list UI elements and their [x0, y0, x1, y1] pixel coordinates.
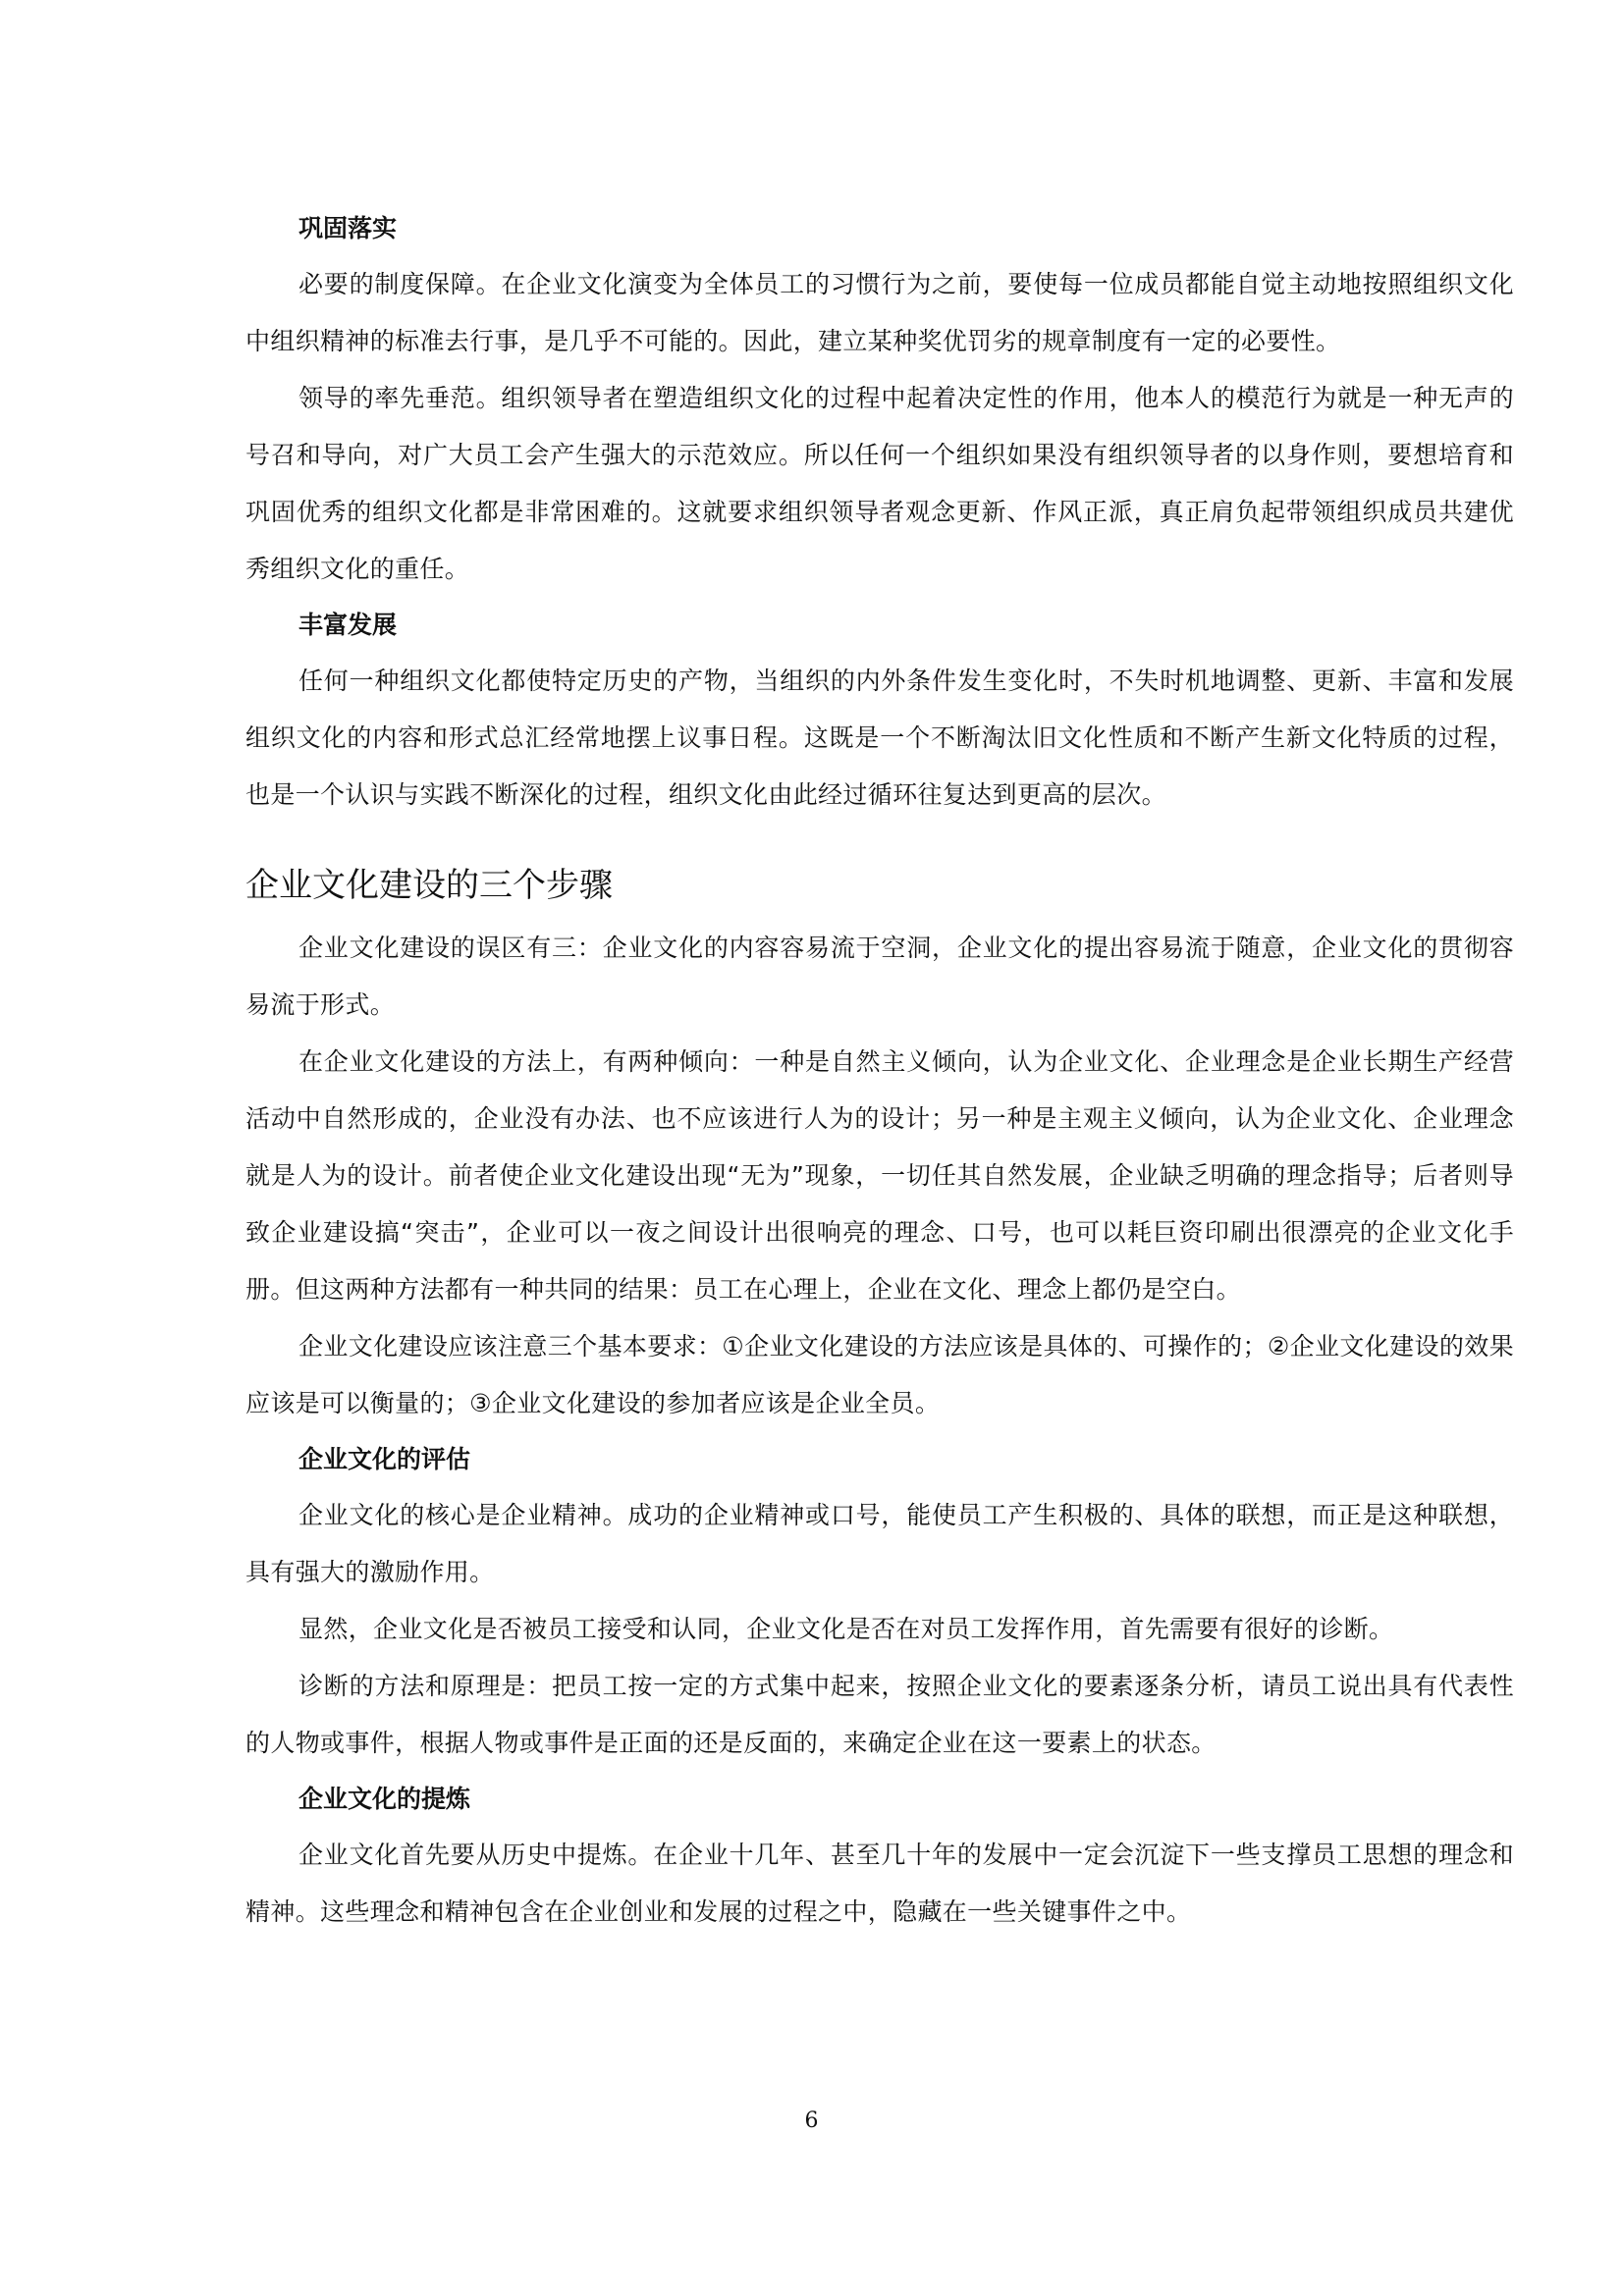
paragraph: 显然，企业文化是否被员工接受和认同，企业文化是否在对员工发挥作用，首先需要有很好… — [245, 1601, 1514, 1658]
paragraph: 必要的制度保障。在企业文化演变为全体员工的习惯行为之前，要使每一位成员都能自觉主… — [245, 256, 1514, 370]
subheading-refinement: 企业文化的提炼 — [245, 1772, 1514, 1827]
subheading-enrich-develop: 丰富发展 — [245, 598, 1514, 653]
paragraph: 企业文化建设的误区有三：企业文化的内容容易流于空洞，企业文化的提出容易流于随意，… — [245, 920, 1514, 1034]
subheading-consolidate: 巩固落实 — [245, 201, 1514, 256]
document-page: 巩固落实 必要的制度保障。在企业文化演变为全体员工的习惯行为之前，要使每一位成员… — [245, 201, 1514, 1941]
paragraph: 企业文化首先要从历史中提炼。在企业十几年、甚至几十年的发展中一定会沉淀下一些支撑… — [245, 1827, 1514, 1941]
paragraph: 企业文化建设应该注意三个基本要求：①企业文化建设的方法应该是具体的、可操作的；②… — [245, 1318, 1514, 1432]
paragraph: 企业文化的核心是企业精神。成功的企业精神或口号，能使员工产生积极的、具体的联想，… — [245, 1487, 1514, 1601]
page-number: 6 — [0, 2109, 1623, 2133]
paragraph: 领导的率先垂范。组织领导者在塑造组织文化的过程中起着决定性的作用，他本人的模范行… — [245, 370, 1514, 598]
paragraph: 诊断的方法和原理是：把员工按一定的方式集中起来，按照企业文化的要素逐条分析，请员… — [245, 1658, 1514, 1772]
subheading-evaluation: 企业文化的评估 — [245, 1432, 1514, 1487]
section-heading: 企业文化建设的三个步骤 — [245, 861, 1514, 910]
paragraph: 任何一种组织文化都使特定历史的产物，当组织的内外条件发生变化时，不失时机地调整、… — [245, 653, 1514, 824]
paragraph: 在企业文化建设的方法上，有两种倾向：一种是自然主义倾向，认为企业文化、企业理念是… — [245, 1034, 1514, 1318]
